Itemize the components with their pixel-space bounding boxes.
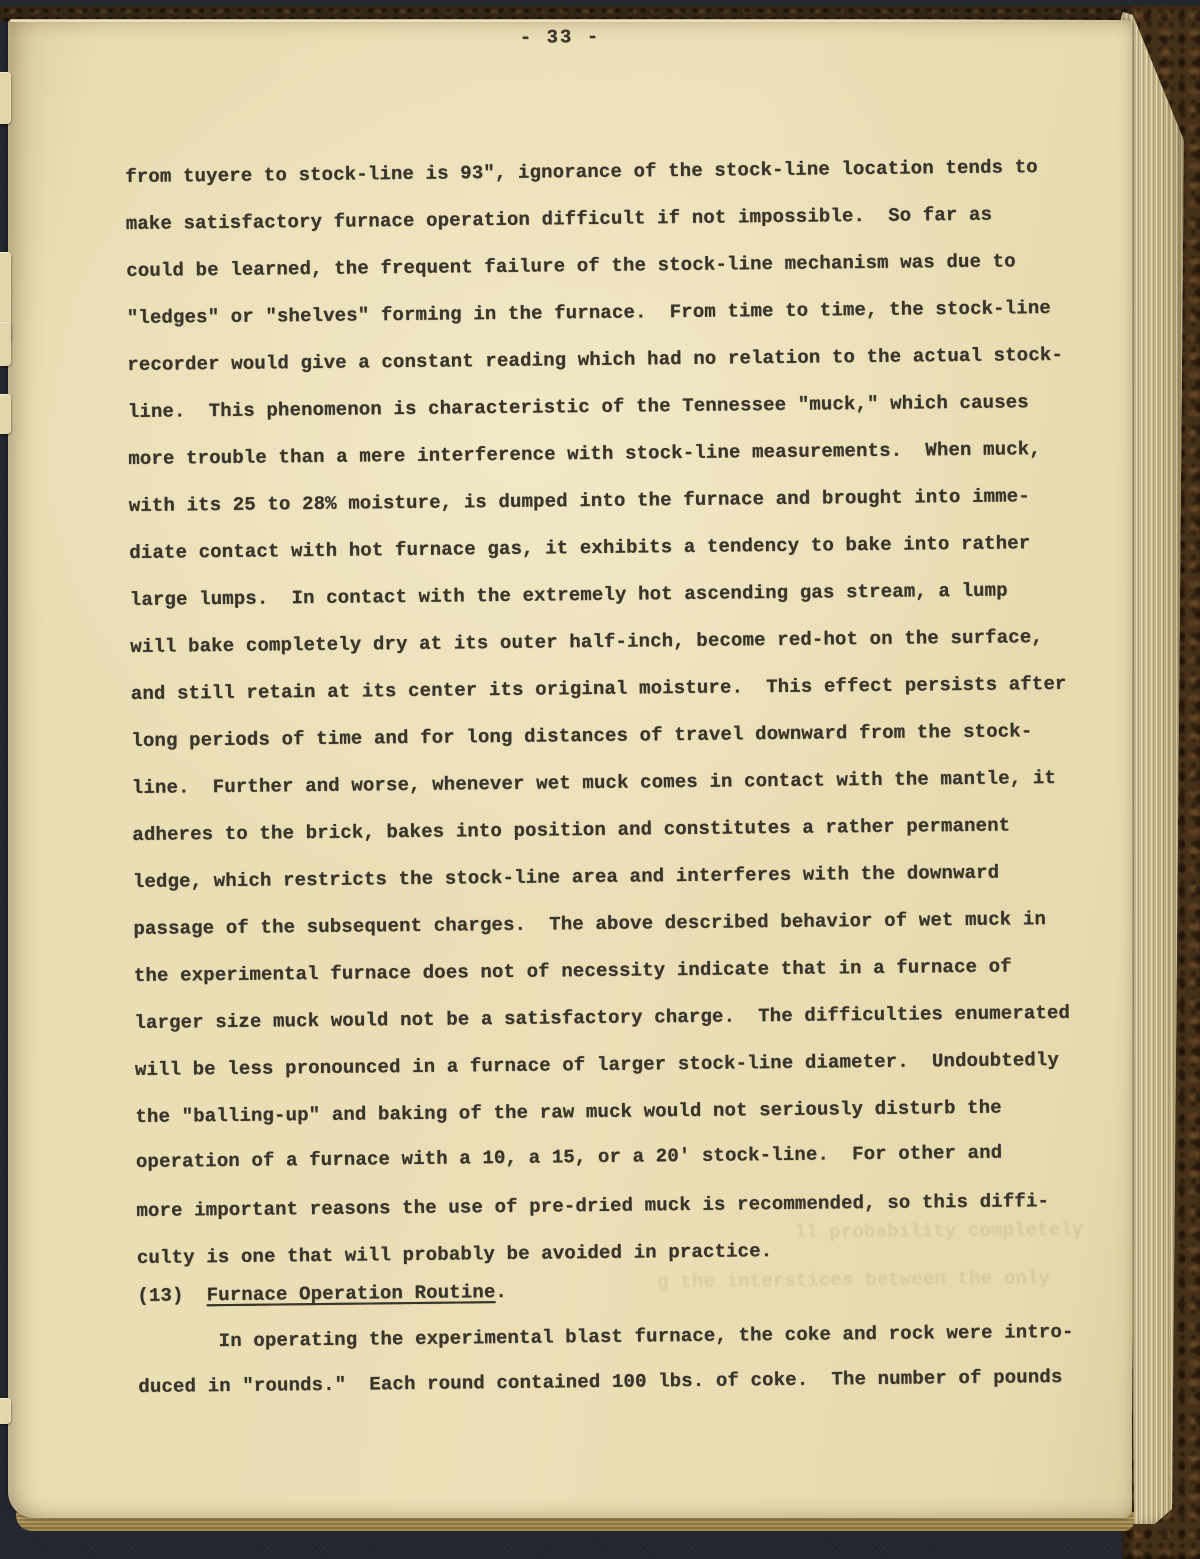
typewritten-line: line. This phenomenon is characteristic … (128, 390, 1029, 424)
typewritten-line: from tuyere to stock-line is 93", ignora… (125, 155, 1038, 189)
body-paragraph: from tuyere to stock-line is 93", ignora… (0, 0, 1191, 1)
bleedthrough-line: ll probability completely (795, 1218, 1084, 1245)
typewritten-line: the "balling-up" and baking of the raw m… (135, 1096, 1002, 1129)
typewritten-line: line. Further and worse, whenever wet mu… (132, 766, 1056, 800)
typewritten-line: In operating the experimental blast furn… (138, 1320, 1074, 1354)
ink-bleedthrough: ll probability completelyg the interstic… (0, 0, 1191, 1)
scanned-book-photo: { "page": { "number_label": "- 33 -", "h… (0, 0, 1200, 1559)
typewritten-line: and still retain at its center its origi… (131, 672, 1067, 706)
typewritten-line: more important reasons the use of pre-dr… (136, 1189, 1049, 1223)
bleedthrough-line: g the interstices between the only (657, 1266, 1050, 1294)
typewritten-line: passage of the subsequent charges. The a… (133, 907, 1046, 941)
typewritten-line: more trouble than a mere interference wi… (128, 437, 1041, 471)
typewritten-line: with its 25 to 28% moisture, is dumped i… (129, 484, 1030, 518)
section-heading: (13) Furnace Operation Routine. (137, 1280, 507, 1308)
typewritten-line: the experimental furnace does not of nec… (134, 954, 1012, 987)
typewritten-line: could be learned, the frequent failure o… (126, 249, 1016, 283)
section-heading-number: (13) (137, 1284, 207, 1307)
typewritten-line: long periods of time and for long distan… (131, 719, 1032, 753)
typewritten-line: large lumps. In contact with the extreme… (130, 579, 1008, 612)
typewritten-line: make satisfactory furnace operation diff… (126, 203, 993, 236)
typewritten-line: duced in "rounds." Each round contained … (138, 1365, 1062, 1399)
typewritten-line: will bake completely dry at its outer ha… (130, 625, 1043, 659)
typewritten-line: will be less pronounced in a furnace of … (135, 1048, 1059, 1082)
section-heading-period: . (495, 1281, 507, 1303)
typewritten-text-layer: - 33 - from tuyere to stock-line is 93",… (0, 0, 1200, 1559)
typewritten-line: ledge, which restricts the stock-line ar… (133, 861, 1000, 894)
typewritten-line: diate contact with hot furnace gas, it e… (129, 531, 1030, 565)
page-number: - 33 - (520, 25, 601, 50)
typewritten-line: adheres to the brick, bakes into positio… (132, 813, 1010, 846)
typewritten-line: "ledges" or "shelves" forming in the fur… (127, 296, 1051, 330)
typewritten-line: larger size muck would not be a satisfac… (134, 1001, 1070, 1035)
typewritten-line: operation of a furnace with a 10, a 15, … (136, 1141, 1003, 1174)
second-paragraph: In operating the experimental blast furn… (0, 0, 1191, 1)
typewritten-line: recorder would give a constant reading w… (127, 343, 1063, 377)
section-heading-title: Furnace Operation Routine (207, 1281, 496, 1306)
typewritten-line: culty is one that will probably be avoid… (137, 1239, 773, 1270)
